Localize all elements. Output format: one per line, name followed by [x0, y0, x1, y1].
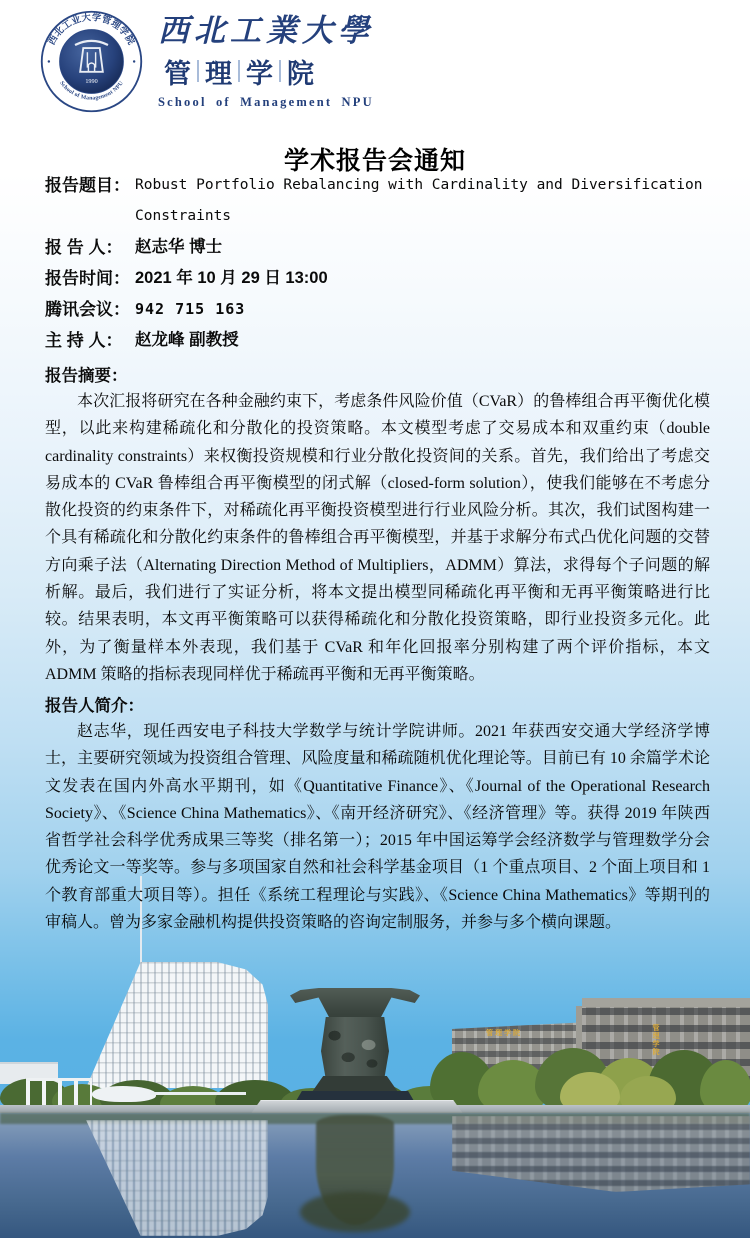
bio-heading: 报告人简介： — [45, 692, 144, 716]
college-name-en: School of Management NPU — [158, 95, 374, 110]
field-label: 主 持 人： — [45, 325, 135, 356]
field-label: 报告时间： — [45, 263, 135, 294]
college-char: 学 — [240, 52, 279, 91]
field-report-topic: 报告题目： Robust Portfolio Rebalancing with … — [45, 170, 713, 232]
field-value: Robust Portfolio Rebalancing with Cardin… — [135, 170, 713, 232]
college-char: 管 — [158, 52, 197, 91]
abstract-heading: 报告摘要： — [45, 362, 128, 386]
university-name: 西北工業大學 — [158, 14, 374, 48]
field-meeting-id: 腾讯会议： 942 715 163 — [45, 294, 713, 325]
field-label: 报告题目： — [45, 170, 135, 201]
notice-page: 管理学院 管理学院 — [0, 0, 750, 1238]
field-speaker: 报 告 人： 赵志华 博士 — [45, 232, 713, 263]
college-name: 管 理 学 院 — [158, 52, 374, 91]
field-value: 2021 年 10 月 29 日 13:00 — [135, 263, 713, 294]
abstract-paragraph: 本次汇报将研究在各种金融约束下，考虑条件风险价值（CVaR）的鲁棒组合再平衡优化… — [45, 388, 710, 688]
letterhead: 西北工业大学管理学院 School of Management NPU 1990… — [40, 10, 374, 113]
field-host: 主 持 人： 赵龙峰 副教授 — [45, 325, 713, 356]
school-emblem: 西北工业大学管理学院 School of Management NPU 1990 — [40, 10, 143, 113]
field-value: 赵志华 博士 — [135, 232, 713, 263]
college-char: 理 — [199, 52, 238, 91]
field-value: 942 715 163 — [135, 294, 713, 325]
field-label: 报 告 人： — [45, 232, 135, 263]
college-char: 院 — [281, 52, 320, 91]
bio-paragraph: 赵志华，现任西安电子科技大学数学与统计学院讲师。2021 年获西安交通大学经济学… — [45, 718, 710, 936]
field-time: 报告时间： 2021 年 10 月 29 日 13:00 — [45, 263, 713, 294]
field-value: 赵龙峰 副教授 — [135, 325, 713, 356]
notice-fields: 报告题目： Robust Portfolio Rebalancing with … — [45, 170, 713, 356]
field-label: 腾讯会议： — [45, 294, 135, 325]
emblem-year: 1990 — [85, 78, 97, 85]
